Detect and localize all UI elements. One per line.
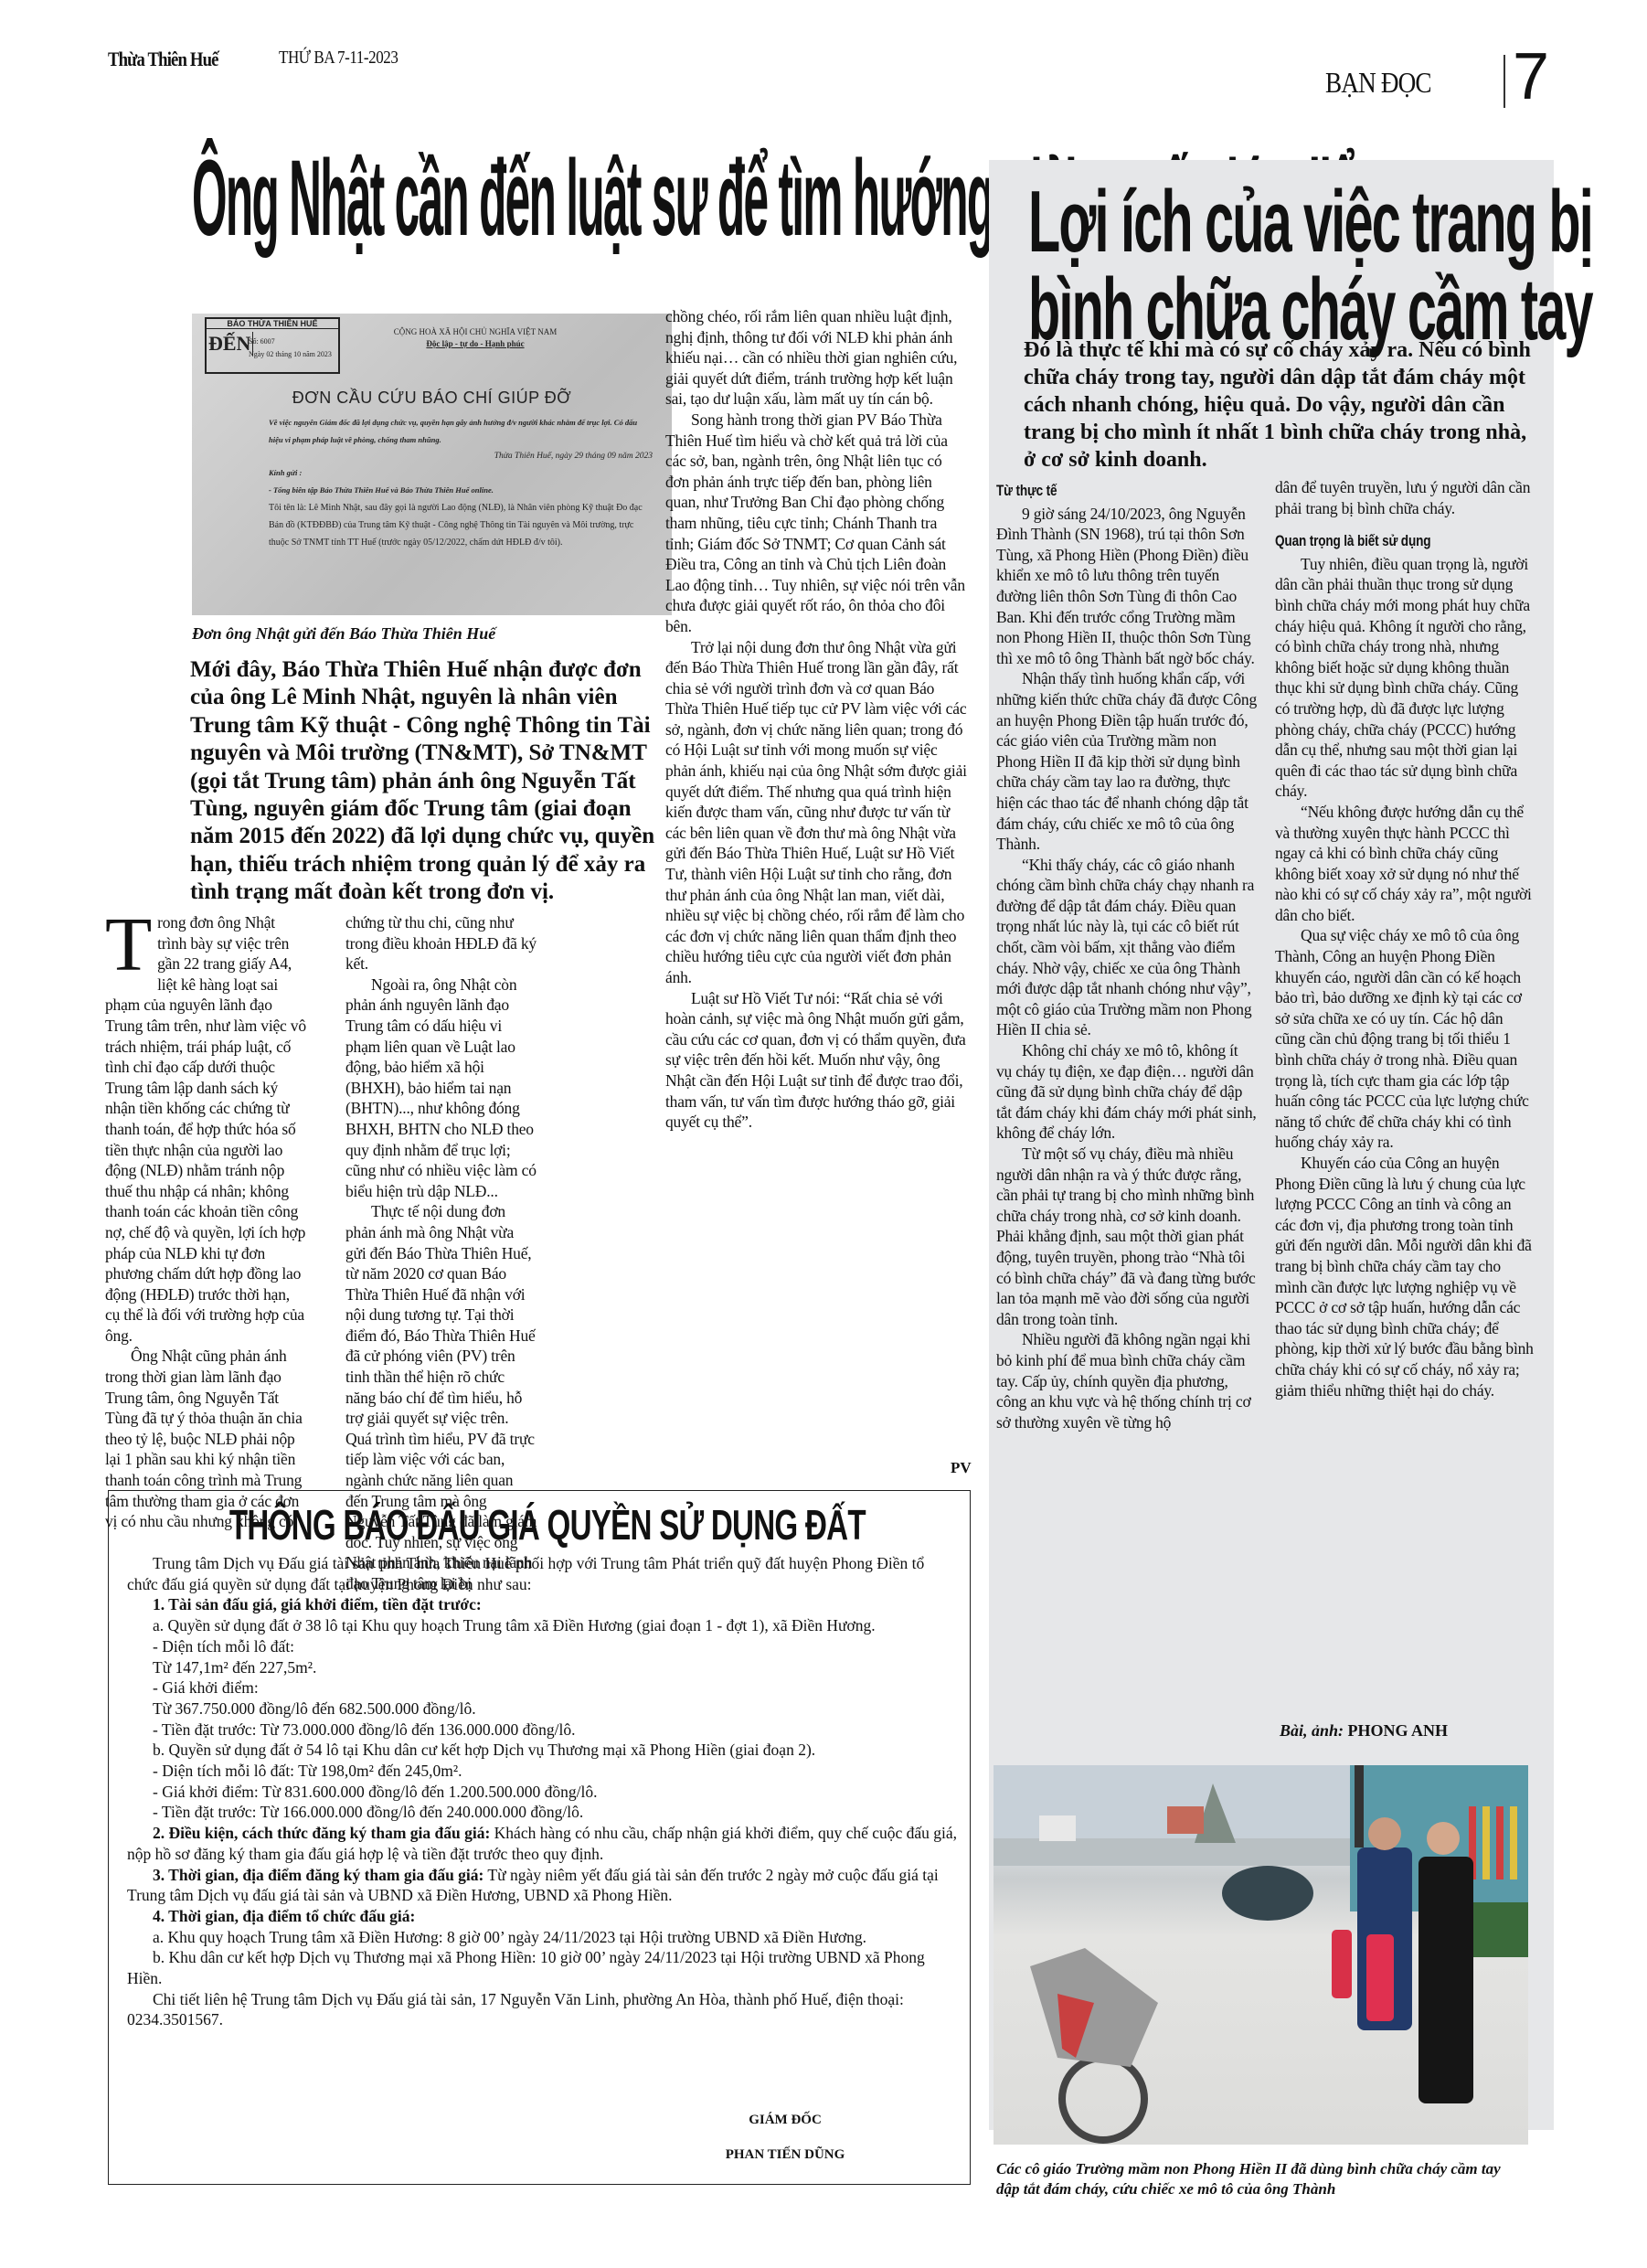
received-stamp: BÁO THỪA THIÊN HUẾ ĐẾN Số: 6007Ngày 02 t… [205,317,340,374]
subheading: Từ thực tế [996,481,1205,502]
notice-body: Trung tâm Dịch vụ Đấu giá tài sản tỉnh T… [127,1553,959,2030]
author-signature: PV [951,1459,972,1477]
sidebar-article-lead: Đó là thực tế khi mà có sự cố cháy xảy r… [1024,336,1535,474]
newspaper-name: Thừa Thiên Huế [108,48,218,71]
subheading: Quan trọng là biết sử dụng [1275,531,1483,552]
article-title: Ông Nhật cần đến luật sư để tìm hướng gi… [192,144,518,300]
document-body: Về việc nguyên Giám đốc đã lợi dụng chức… [269,414,653,551]
page-number: 7 [1513,44,1549,110]
header-divider [1504,55,1505,108]
auction-notice: THÔNG BÁO ĐẤU GIÁ QUYỀN SỬ DỤNG ĐẤT Trun… [108,1490,971,2185]
sidebar-article-title: Lợi ích của việc trang bị bình chữa cháy… [1028,178,1592,354]
article-column-3: chồng chéo, rối rắm liên quan nhiều luật… [665,306,967,1133]
document-title: ĐƠN CẦU CỨU BÁO CHÍ GIÚP ĐỠ [192,389,672,408]
photo-caption: Đơn ông Nhật gửi đến Báo Thừa Thiên Huế [192,624,495,644]
notice-title: THÔNG BÁO ĐẤU GIÁ QUYỀN SỬ DỤNG ĐẤT [229,1500,849,1549]
sidebar-column-2: dân để tuyên truyền, lưu ý người dân cần… [1275,477,1535,1400]
document-heading: CỘNG HOÀ XÃ HỘI CHỦ NGHĨA VIỆT NAM Độc l… [356,326,594,350]
byline: Bài, ảnh: PHONG ANH [1280,1721,1448,1741]
section-name: BẠN ĐỌC [1325,66,1431,100]
fire-extinguisher-photo [994,1765,1528,2145]
signer-title: GIÁM ĐỐC [694,2113,877,2128]
photo-illustration [994,1765,1528,2145]
article-column-1: Trong đơn ông Nhật trình bày sự việc trê… [105,912,306,1532]
document-photo: BÁO THỪA THIÊN HUẾ ĐẾN Số: 6007Ngày 02 t… [192,314,672,615]
drop-cap: T [105,916,152,974]
issue-date: THỨ BA 7-11-2023 [279,48,398,69]
sidebar-photo-caption: Các cô giáo Trường mầm non Phong Hiền II… [996,2159,1526,2199]
sidebar-column-1: Từ thực tế 9 giờ sáng 24/10/2023, ông Ng… [996,477,1257,1432]
article-lead: Mới đây, Báo Thừa Thiên Huế nhận được đơ… [190,656,670,907]
signer-name: PHAN TIẾN DŨNG [694,2147,877,2163]
